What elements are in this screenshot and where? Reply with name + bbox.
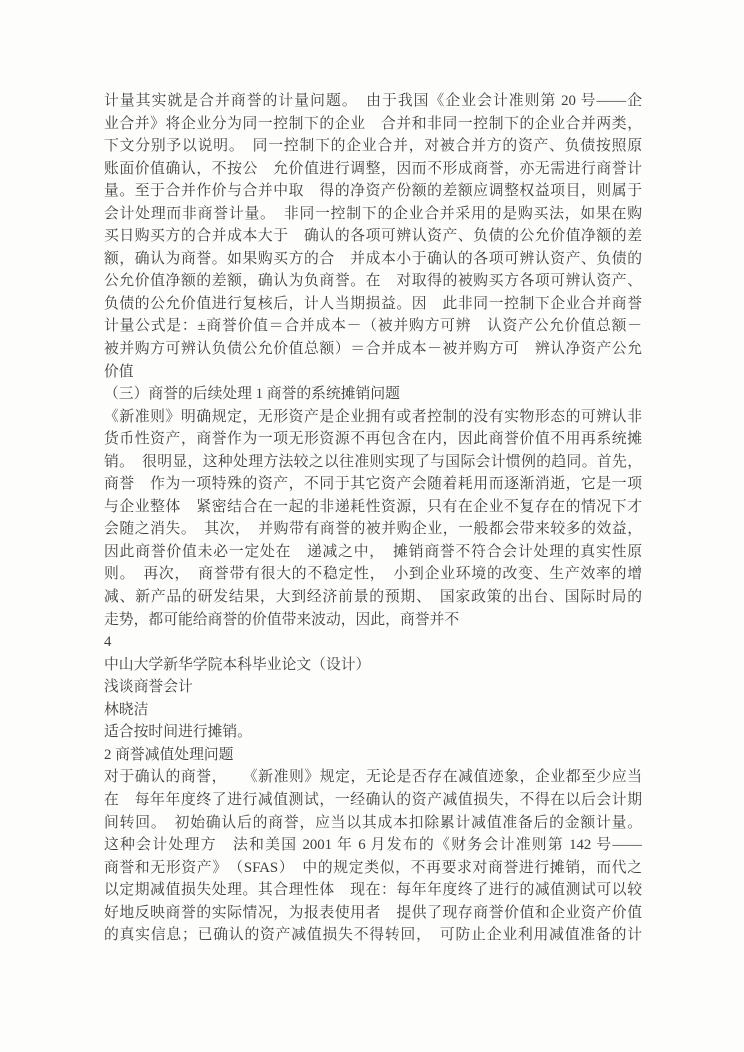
text-line: 下文分别予以说明。 同一控制下的企业合并，对被合并方的资产、负债按照原 xyxy=(104,135,642,158)
text-line: （三）商誉的后续处理 1 商誉的系统摊销问题 xyxy=(104,383,642,406)
text-line: 的真实信息；已确认的资产减值损失不得转回， 可防止企业利用减值准备的计 xyxy=(104,924,642,947)
text-line: 间转回。 初始确认后的商誉，应当以其成本扣除累计减值准备后的金额计量。 xyxy=(104,812,642,835)
text-line: 业合并》将企业分为同一控制下的企业 合并和非同一控制下的企业合并两类， xyxy=(104,113,642,136)
text-line: 负债的公允价值进行复核后，计人当期损益。因 此非同一控制下企业合并商誉 xyxy=(104,293,642,316)
text-line: 减、新产品的研发结果，大到经济前景的预期、 国家政策的出台、国际时局的 xyxy=(104,586,642,609)
text-line: 与企业整体 紧密结合在一起的非递耗性资源，只有在企业不复存在的情况下才 xyxy=(104,496,642,519)
text-line: 量。至于合并作价与合并中取 得的净资产份额的差额应调整权益项目，则属于 xyxy=(104,180,642,203)
text-line: 额，确认为商誉。如果购买方的合 并成本小于确认的各项可辨认资产、负债的 xyxy=(104,248,642,271)
text-line: 中山大学新华学院本科毕业论文（设计） xyxy=(104,654,642,677)
text-line: 林晓洁 xyxy=(104,699,642,722)
text-line: 《新准则》明确规定，无形资产是企业拥有或者控制的没有实物形态的可辨认非 xyxy=(104,406,642,429)
text-line: 以定期减值损失处理。其合理性体 现在：每年年度终了进行的减值测试可以较 xyxy=(104,879,642,902)
text-line: 则。 再次， 商誉带有很大的不稳定性， 小到企业环境的改变、生产效率的增 xyxy=(104,563,642,586)
text-line: 适合按时间进行摊销。 xyxy=(104,721,642,744)
text-line: 计量其实就是合并商誉的计量问题。 由于我国《企业会计准则第 20 号——企 xyxy=(104,90,642,113)
text-line: 2 商誉减值处理问题 xyxy=(104,744,642,767)
text-line: 走势，都可能给商誉的价值带来波动，因此，商誉并不 xyxy=(104,609,642,632)
text-block: 计量其实就是合并商誉的计量问题。 由于我国《企业会计准则第 20 号——企业合并… xyxy=(104,90,642,947)
document-page: 计量其实就是合并商誉的计量问题。 由于我国《企业会计准则第 20 号——企业合并… xyxy=(0,0,744,1052)
text-line: 因此商誉价值未必一定处在 递减之中， 摊销商誉不符合会计处理的真实性原 xyxy=(104,541,642,564)
text-line: 会随之消失。 其次， 并购带有商誉的被并购企业，一般都会带来较多的效益， xyxy=(104,518,642,541)
text-line: 4 xyxy=(104,631,642,654)
text-line: 商誉 作为一项特殊的资产，不同于其它资产会随着耗用而逐渐消逝，它是一项 xyxy=(104,473,642,496)
text-line: 计量公式是：±商誉价值＝合并成本－（被并购方可辨 认资产公允价值总额－ xyxy=(104,315,642,338)
text-line: 在 每年年度终了进行减值测试，一经确认的资产减值损失，不得在以后会计期 xyxy=(104,789,642,812)
text-line: 商誉和无形资产》 （SFAS） 中的规定类似，不再要求对商誉进行摊销，而代之 xyxy=(104,857,642,880)
text-line: 买日购买方的合并成本大于 确认的各项可辨认资产、负债的公允价值净额的差 xyxy=(104,225,642,248)
text-line: 这种会计处理方 法和美国 2001 年 6 月发布的《财务会计准则第 142 号… xyxy=(104,834,642,857)
text-line: 价值 xyxy=(104,361,642,384)
text-line: 被并购方可辨认负债公允价值总额）＝合并成本－被并购方可 辨认净资产公允 xyxy=(104,338,642,361)
text-line: 公允价值净额的差额，确认为负商誉。在 对取得的被购买方各项可辨认资产、 xyxy=(104,270,642,293)
text-line: 浅谈商誉会计 xyxy=(104,676,642,699)
text-line: 好地反映商誉的实际情况，为报表使用者 提供了现存商誉价值和企业资产价值 xyxy=(104,902,642,925)
text-line: 会计处理而非商誉计量。 非同一控制下的企业合并采用的是购买法，如果在购 xyxy=(104,203,642,226)
text-line: 销。 很明显，这种处理方法较之以往准则实现了与国际会计惯例的趋同。首先， xyxy=(104,451,642,474)
text-line: 账面价值确认，不按公 允价值进行调整，因而不形成商誉，亦无需进行商誉计 xyxy=(104,158,642,181)
text-line: 对于确认的商誉， 《新准则》规定，无论是否存在减值迹象，企业都至少应当 xyxy=(104,766,642,789)
text-line: 货币性资产，商誉作为一项无形资源不再包含在内，因此商誉价值不用再系统摊 xyxy=(104,428,642,451)
